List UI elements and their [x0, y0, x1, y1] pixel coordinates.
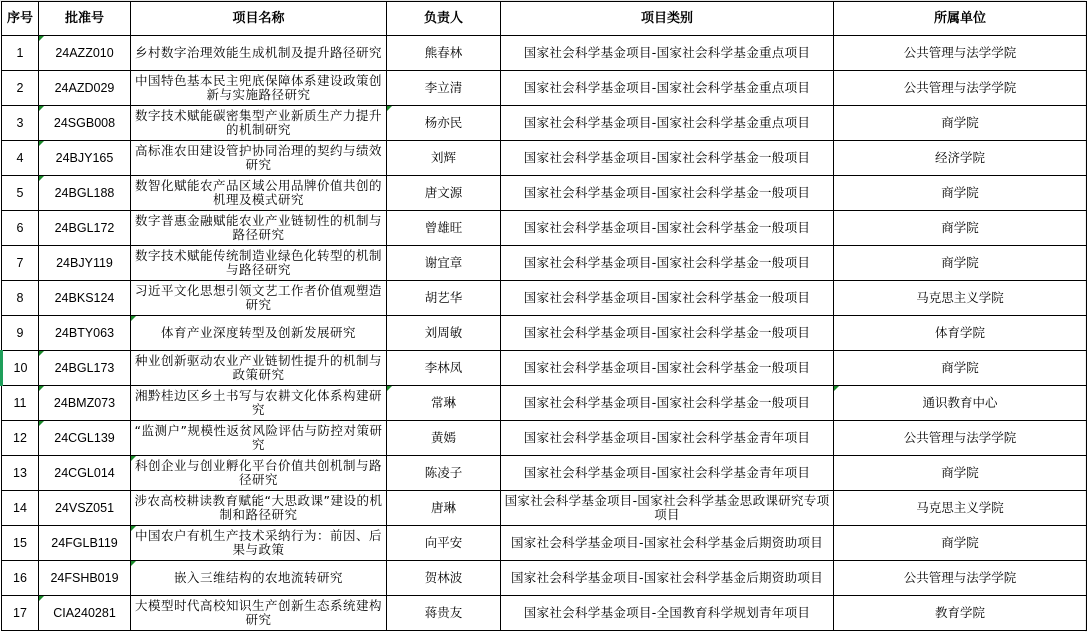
cell-no[interactable]: 1 — [2, 36, 39, 71]
cell-name[interactable]: 科创企业与创业孵化平台价值共创机制与路径研究 — [131, 456, 387, 491]
cell-no[interactable]: 10 — [2, 351, 39, 386]
cell-unit[interactable]: 经济学院 — [834, 141, 1087, 176]
cell-category[interactable]: 国家社会科学基金项目-国家社会科学基金后期资助项目 — [501, 526, 834, 561]
cell-leader[interactable]: 常琳 — [387, 386, 501, 421]
table-row: 15 24FGLB119 中国农户有机生产技术采纳行为：前因、后果与政策 向平安… — [2, 526, 1087, 561]
cell-unit[interactable]: 商学院 — [834, 176, 1087, 211]
cell-code-text: CIA240281 — [53, 606, 116, 620]
cell-name[interactable]: 体育产业深度转型及创新发展研究 — [131, 316, 387, 351]
cell-code[interactable]: 24CGL139 — [39, 421, 131, 456]
text-number-indicator-icon — [39, 36, 44, 41]
cell-name[interactable]: 大模型时代高校知识生产创新生态系统建构研究 — [131, 596, 387, 631]
table-row: 6 24BGL172 数字普惠金融赋能农业产业链韧性的机制与路径研究 曾雄旺 国… — [2, 211, 1087, 246]
cell-leader[interactable]: 李林凤 — [387, 351, 501, 386]
cell-leader[interactable]: 刘辉 — [387, 141, 501, 176]
cell-unit[interactable]: 通识教育中心 — [834, 386, 1087, 421]
text-number-indicator-icon — [131, 316, 136, 321]
cell-unit[interactable]: 体育学院 — [834, 316, 1087, 351]
text-number-indicator-icon — [39, 351, 44, 356]
cell-code-text: 24BGL188 — [55, 186, 115, 200]
text-number-indicator-icon — [39, 141, 44, 146]
cell-no[interactable]: 11 — [2, 386, 39, 421]
cell-category[interactable]: 国家社会科学基金项目-国家社会科学基金思政课研究专项项目 — [501, 491, 834, 526]
cell-unit[interactable]: 商学院 — [834, 106, 1087, 141]
cell-name[interactable]: “监测户”规模性返贫风险评估与防控对策研究 — [131, 421, 387, 456]
text-number-indicator-icon — [39, 596, 44, 601]
table-row: 3 24SGB008 数字技术赋能碳密集型产业新质生产力提升的机制研究 杨亦民 … — [2, 106, 1087, 141]
cell-category[interactable]: 国家社会科学基金项目-国家社会科学基金一般项目 — [501, 176, 834, 211]
cell-unit[interactable]: 马克思主义学院 — [834, 281, 1087, 316]
cell-no[interactable]: 14 — [2, 491, 39, 526]
cell-code[interactable]: 24BTY063 — [39, 316, 131, 351]
cell-no[interactable]: 9 — [2, 316, 39, 351]
text-number-indicator-icon — [39, 176, 44, 181]
cell-unit[interactable]: 商学院 — [834, 456, 1087, 491]
header-category[interactable]: 项目类别 — [501, 2, 834, 36]
cell-no[interactable]: 16 — [2, 561, 39, 596]
cell-category[interactable]: 国家社会科学基金项目-国家社会科学基金重点项目 — [501, 71, 834, 106]
cell-leader[interactable]: 贺林波 — [387, 561, 501, 596]
cell-unit[interactable]: 商学院 — [834, 211, 1087, 246]
cell-leader[interactable]: 唐文源 — [387, 176, 501, 211]
text-number-indicator-icon — [387, 106, 392, 111]
cell-leader[interactable]: 胡艺华 — [387, 281, 501, 316]
cell-name[interactable]: 中国特色基本民主兜底保障体系建设政策创新与实施路径研究 — [131, 71, 387, 106]
cell-category[interactable]: 国家社会科学基金项目-国家社会科学基金一般项目 — [501, 386, 834, 421]
cell-code-text: 24AZZ010 — [55, 46, 113, 60]
cell-leader[interactable]: 李立清 — [387, 71, 501, 106]
cell-name[interactable]: 高标准农田建设管护协同治理的契约与绩效研究 — [131, 141, 387, 176]
cell-leader[interactable]: 向平安 — [387, 526, 501, 561]
table-row: 5 24BGL188 数智化赋能农产品区域公用品牌价值共创的机理及模式研究 唐文… — [2, 176, 1087, 211]
cell-leader[interactable]: 刘周敏 — [387, 316, 501, 351]
cell-code-text: 24BMZ073 — [54, 396, 115, 410]
cell-unit[interactable]: 公共管理与法学学院 — [834, 36, 1087, 71]
cell-no[interactable]: 15 — [2, 526, 39, 561]
cell-leader-text: 常琳 — [431, 395, 456, 410]
header-no[interactable]: 序号 — [2, 2, 39, 36]
cell-category[interactable]: 国家社会科学基金项目-国家社会科学基金重点项目 — [501, 36, 834, 71]
table-row: 14 24VSZ051 涉农高校耕读教育赋能“大思政课”建设的机制和路径研究 唐… — [2, 491, 1087, 526]
cell-code-text: 24CGL139 — [54, 431, 114, 445]
cell-unit[interactable]: 马克思主义学院 — [834, 491, 1087, 526]
table-row: 9 24BTY063 体育产业深度转型及创新发展研究 刘周敏 国家社会科学基金项… — [2, 316, 1087, 351]
cell-category[interactable]: 国家社会科学基金项目-国家社会科学基金一般项目 — [501, 141, 834, 176]
cell-name[interactable]: 数字普惠金融赋能农业产业链韧性的机制与路径研究 — [131, 211, 387, 246]
table-row: 8 24BKS124 习近平文化思想引领文艺工作者价值观塑造研究 胡艺华 国家社… — [2, 281, 1087, 316]
text-number-indicator-icon — [387, 386, 392, 391]
cell-no[interactable]: 4 — [2, 141, 39, 176]
cell-category[interactable]: 国家社会科学基金项目-国家社会科学基金青年项目 — [501, 421, 834, 456]
cell-code[interactable]: 24BGL172 — [39, 211, 131, 246]
cell-no[interactable]: 17 — [2, 596, 39, 631]
cell-leader[interactable]: 熊春林 — [387, 36, 501, 71]
text-number-indicator-icon — [131, 526, 136, 531]
cell-code[interactable]: 24BGL173 — [39, 351, 131, 386]
cell-name[interactable]: 数字技术赋能碳密集型产业新质生产力提升的机制研究 — [131, 106, 387, 141]
cell-name[interactable]: 涉农高校耕读教育赋能“大思政课”建设的机制和路径研究 — [131, 491, 387, 526]
cell-code[interactable]: 24FSHB019 — [39, 561, 131, 596]
cell-leader[interactable]: 蒋贵友 — [387, 596, 501, 631]
cell-code-text: 24BGL173 — [55, 361, 115, 375]
table-row: 2 24AZD029 中国特色基本民主兜底保障体系建设政策创新与实施路径研究 李… — [2, 71, 1087, 106]
cell-unit[interactable]: 商学院 — [834, 526, 1087, 561]
cell-code[interactable]: 24AZZ010 — [39, 36, 131, 71]
text-number-indicator-icon — [131, 561, 136, 566]
cell-category[interactable]: 国家社会科学基金项目-国家社会科学基金一般项目 — [501, 281, 834, 316]
header-leader[interactable]: 负责人 — [387, 2, 501, 36]
project-table: 序号 批准号 项目名称 负责人 项目类别 所属单位 1 24AZZ010 乡村数… — [0, 1, 1087, 631]
cell-unit[interactable]: 公共管理与法学学院 — [834, 561, 1087, 596]
header-unit[interactable]: 所属单位 — [834, 2, 1087, 36]
cell-leader[interactable]: 曾雄旺 — [387, 211, 501, 246]
cell-code[interactable]: 24SGB008 — [39, 106, 131, 141]
cell-code[interactable]: 24FGLB119 — [39, 526, 131, 561]
cell-code[interactable]: 24BJY165 — [39, 141, 131, 176]
cell-name-text: 科创企业与创业孵化平台价值共创机制与路径研究 — [135, 458, 382, 487]
cell-no[interactable]: 12 — [2, 421, 39, 456]
cell-name[interactable]: 数字技术赋能传统制造业绿色化转型的机制与路径研究 — [131, 246, 387, 281]
table-row: 13 24CGL014 科创企业与创业孵化平台价值共创机制与路径研究 陈凌子 国… — [2, 456, 1087, 491]
cell-category[interactable]: 国家社会科学基金项目-国家社会科学基金后期资助项目 — [501, 561, 834, 596]
cell-category[interactable]: 国家社会科学基金项目-国家社会科学基金重点项目 — [501, 106, 834, 141]
cell-leader[interactable]: 杨亦民 — [387, 106, 501, 141]
cell-no[interactable]: 13 — [2, 456, 39, 491]
header-row: 序号 批准号 项目名称 负责人 项目类别 所属单位 — [2, 2, 1087, 36]
cell-name[interactable]: 数智化赋能农产品区域公用品牌价值共创的机理及模式研究 — [131, 176, 387, 211]
header-code[interactable]: 批准号 — [39, 2, 131, 36]
cell-name[interactable]: 中国农户有机生产技术采纳行为：前因、后果与政策 — [131, 526, 387, 561]
cell-name-text: 体育产业深度转型及创新发展研究 — [161, 325, 356, 340]
table-row: 4 24BJY165 高标准农田建设管护协同治理的契约与绩效研究 刘辉 国家社会… — [2, 141, 1087, 176]
cell-no[interactable]: 6 — [2, 211, 39, 246]
cell-no[interactable]: 5 — [2, 176, 39, 211]
table-row: 16 24FSHB019 嵌入三维结构的农地流转研究 贺林波 国家社会科学基金项… — [2, 561, 1087, 596]
cell-name-text: 中国农户有机生产技术采纳行为：前因、后果与政策 — [135, 528, 382, 557]
table-row: 17 CIA240281 大模型时代高校知识生产创新生态系统建构研究 蒋贵友 国… — [2, 596, 1087, 631]
cell-unit[interactable]: 教育学院 — [834, 596, 1087, 631]
cell-code[interactable]: 24BGL188 — [39, 176, 131, 211]
cell-code[interactable]: CIA240281 — [39, 596, 131, 631]
cell-name[interactable]: 嵌入三维结构的农地流转研究 — [131, 561, 387, 596]
table-row: 1 24AZZ010 乡村数字治理效能生成机制及提升路径研究 熊春林 国家社会科… — [2, 36, 1087, 71]
cell-leader-text: 杨亦民 — [425, 115, 463, 130]
cell-unit[interactable]: 公共管理与法学学院 — [834, 71, 1087, 106]
cell-no[interactable]: 2 — [2, 71, 39, 106]
table-row-selected: 10 24BGL173 种业创新驱动农业产业链韧性提升的机制与政策研究 李林凤 … — [2, 351, 1087, 386]
cell-code[interactable]: 24CGL014 — [39, 456, 131, 491]
cell-unit[interactable]: 商学院 — [834, 351, 1087, 386]
header-name[interactable]: 项目名称 — [131, 2, 387, 36]
cell-code[interactable]: 24BJY119 — [39, 246, 131, 281]
text-number-indicator-icon — [131, 456, 136, 461]
cell-name[interactable]: 种业创新驱动农业产业链韧性提升的机制与政策研究 — [131, 351, 387, 386]
cell-category[interactable]: 国家社会科学基金项目-国家社会科学基金一般项目 — [501, 246, 834, 281]
cell-code[interactable]: 24BKS124 — [39, 281, 131, 316]
cell-name[interactable]: 湘黔桂边区乡土书写与农耕文化体系构建研究 — [131, 386, 387, 421]
cell-leader[interactable]: 谢宜章 — [387, 246, 501, 281]
cell-unit-text: 通识教育中心 — [922, 395, 997, 410]
cell-category[interactable]: 国家社会科学基金项目-国家社会科学基金一般项目 — [501, 316, 834, 351]
table-row: 11 24BMZ073 湘黔桂边区乡土书写与农耕文化体系构建研究 常琳 国家社会… — [2, 386, 1087, 421]
cell-name-text: 嵌入三维结构的农地流转研究 — [174, 570, 343, 585]
cell-no[interactable]: 7 — [2, 246, 39, 281]
cell-code[interactable]: 24BMZ073 — [39, 386, 131, 421]
cell-unit[interactable]: 商学院 — [834, 246, 1087, 281]
cell-leader[interactable]: 陈凌子 — [387, 456, 501, 491]
text-number-indicator-icon — [834, 386, 839, 391]
text-number-indicator-icon — [39, 106, 44, 111]
cell-leader[interactable]: 黄嫣 — [387, 421, 501, 456]
cell-name[interactable]: 乡村数字治理效能生成机制及提升路径研究 — [131, 36, 387, 71]
cell-code-text: 24SGB008 — [54, 116, 115, 130]
table-row: 7 24BJY119 数字技术赋能传统制造业绿色化转型的机制与路径研究 谢宜章 … — [2, 246, 1087, 281]
text-number-indicator-icon — [39, 386, 44, 391]
cell-code[interactable]: 24VSZ051 — [39, 491, 131, 526]
cell-code[interactable]: 24AZD029 — [39, 71, 131, 106]
cell-name[interactable]: 习近平文化思想引领文艺工作者价值观塑造研究 — [131, 281, 387, 316]
cell-category[interactable]: 国家社会科学基金项目-国家社会科学基金一般项目 — [501, 351, 834, 386]
cell-no[interactable]: 3 — [2, 106, 39, 141]
text-number-indicator-icon — [39, 421, 44, 426]
cell-leader[interactable]: 唐琳 — [387, 491, 501, 526]
cell-category[interactable]: 国家社会科学基金项目-全国教育科学规划青年项目 — [501, 596, 834, 631]
cell-no[interactable]: 8 — [2, 281, 39, 316]
cell-unit[interactable]: 公共管理与法学学院 — [834, 421, 1087, 456]
cell-category[interactable]: 国家社会科学基金项目-国家社会科学基金一般项目 — [501, 211, 834, 246]
table-row: 12 24CGL139 “监测户”规模性返贫风险评估与防控对策研究 黄嫣 国家社… — [2, 421, 1087, 456]
cell-category[interactable]: 国家社会科学基金项目-国家社会科学基金青年项目 — [501, 456, 834, 491]
cell-code-text: 24BJY165 — [56, 151, 114, 165]
